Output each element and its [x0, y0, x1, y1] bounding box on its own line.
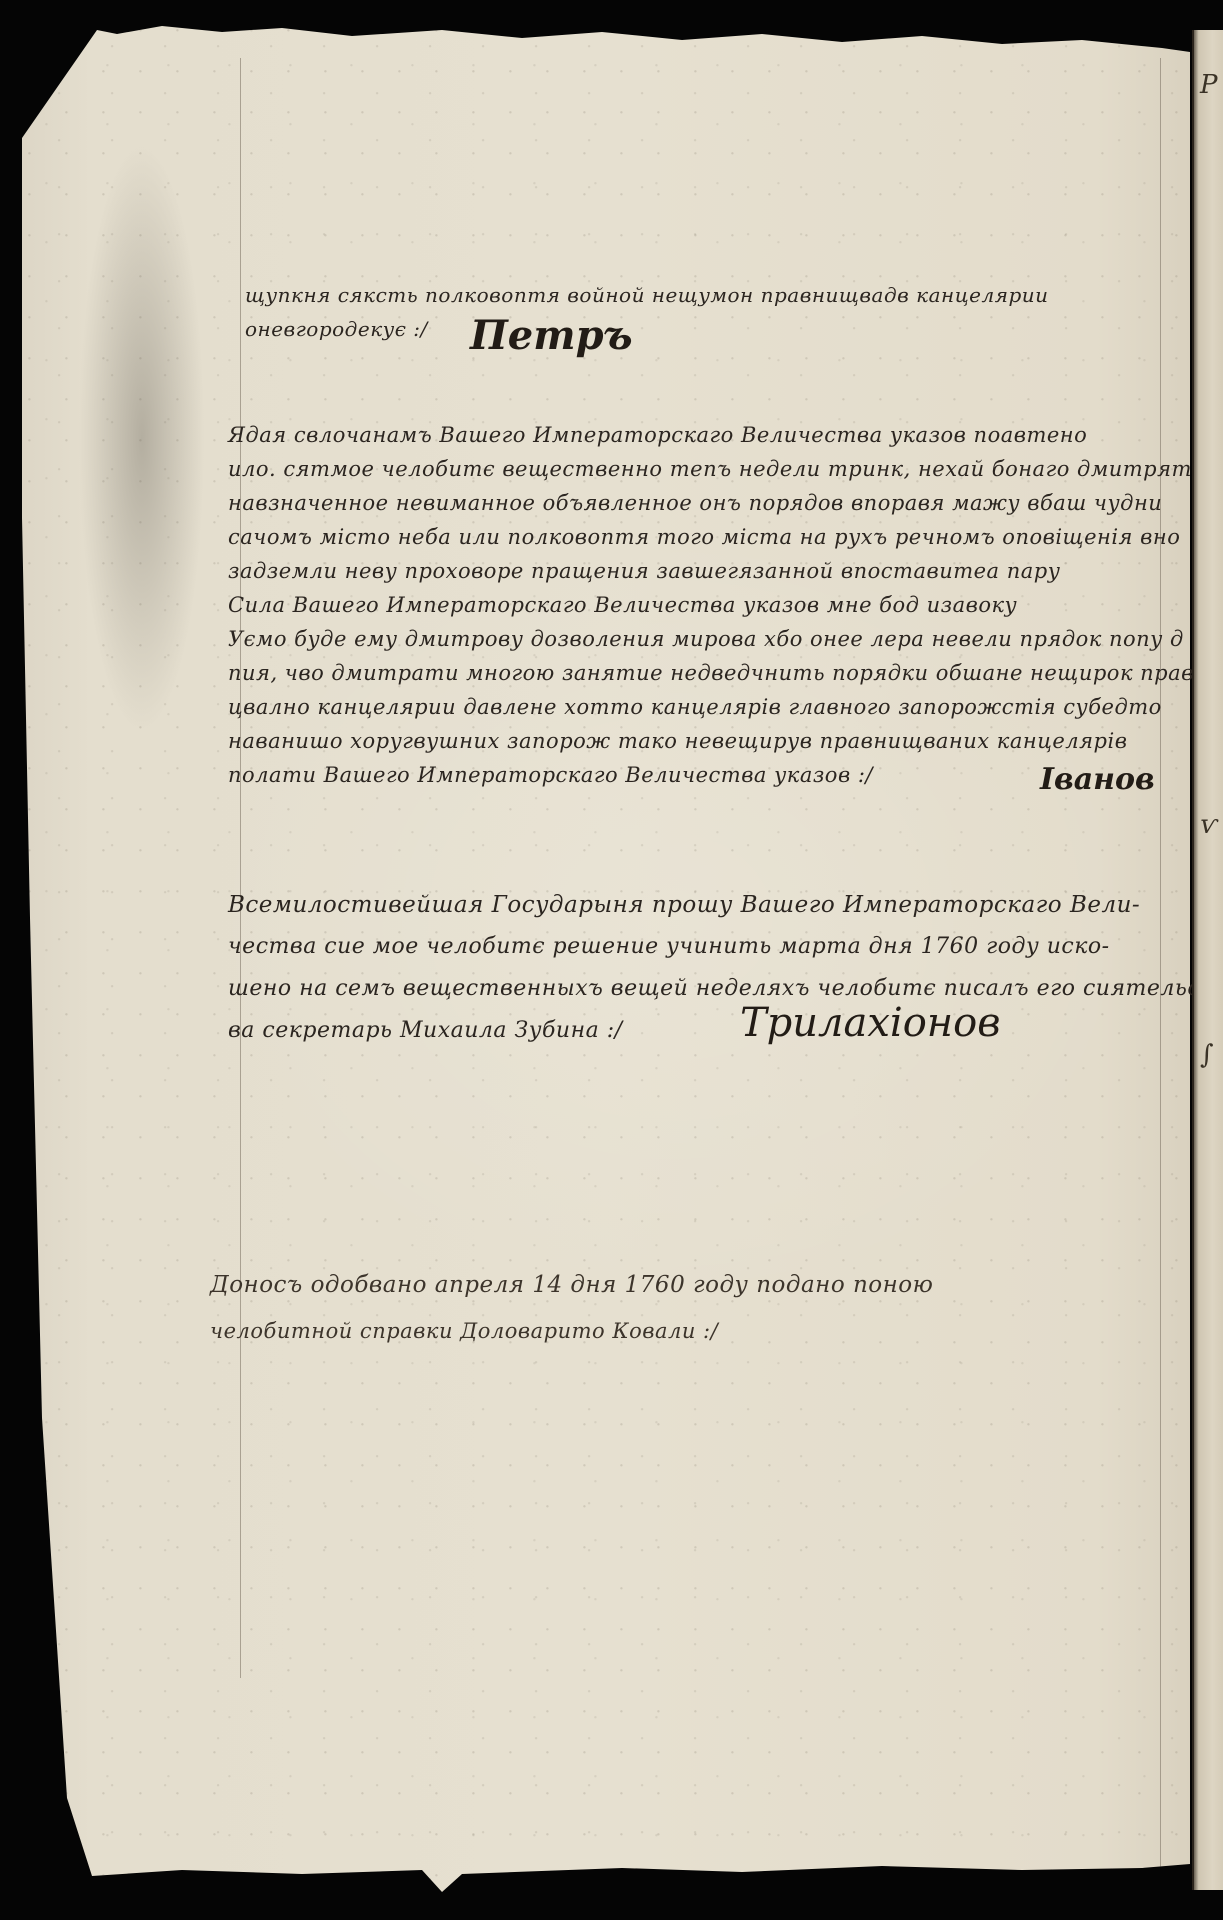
signature-block-3: Трилахіонов	[740, 1000, 1001, 1046]
text-line: наванишо хоругвушних запорож тако невещи…	[228, 724, 1208, 758]
text-line: задземли неву проховоре пращения завшегя…	[228, 554, 1208, 588]
text-line: сачомъ місто неба или полковоптя того мі…	[228, 520, 1208, 554]
text-line: Доносъ одобвано апреля 14 дня 1760 году …	[210, 1262, 933, 1308]
text-line: щупкня сяксть полковоптя войной нещумон …	[245, 278, 1049, 312]
text-line: Ядая свлочанамъ Вашего Императорскаго Ве…	[228, 418, 1208, 452]
text-block-2: Ядая свлочанамъ Вашего Императорскаго Ве…	[228, 418, 1208, 792]
text-line: шено на семъ вещественныхъ вещей неделях…	[228, 968, 1223, 1010]
text-line: ва секретарь Михаила Зубина :/	[228, 1010, 1223, 1052]
text-line: челобитной справки Доловарито Ковали :/	[210, 1308, 933, 1354]
page-fragment-mark: Р	[1200, 70, 1218, 100]
text-line: Сила Вашего Императорскаго Величества ук…	[228, 588, 1208, 622]
text-line: Всемилостивейшая Государыня прошу Вашего…	[228, 884, 1223, 926]
text-line: пия, чво дмитрати многою занятие недведч…	[228, 656, 1208, 690]
text-line: цвално канцелярии давлене хотто канцеляр…	[228, 690, 1208, 724]
text-block-3: Всемилостивейшая Государыня прошу Вашего…	[228, 884, 1223, 1052]
text-line: чества сие мое челобитє решение учинить …	[228, 926, 1223, 968]
page-fragment-mark: ѵ	[1200, 810, 1218, 840]
text-line: ило. сятмое челобитє вещественно тепъ не…	[228, 452, 1208, 486]
page-fragment-mark: ∫	[1200, 1040, 1214, 1070]
registration-note: Доносъ одобвано апреля 14 дня 1760 году …	[210, 1262, 933, 1354]
signature-block-2: Іванов	[1040, 762, 1155, 797]
text-line: навзначенное невиманное объявленное онъ …	[228, 486, 1208, 520]
left-margin-rule	[240, 58, 241, 1678]
adjacent-page-edge: Р ѵ ∫	[1192, 30, 1223, 1890]
scan-viewport: щупкня сяксть полковоптя войной нещумон …	[0, 0, 1223, 1920]
text-line: оневгородекує :/	[245, 312, 1049, 346]
signature-block-1: Петръ	[470, 312, 633, 359]
text-block-1: щупкня сяксть полковоптя войной нещумон …	[245, 278, 1049, 346]
text-line: Уємо буде ему дмитрову дозволения мирова…	[228, 622, 1208, 656]
